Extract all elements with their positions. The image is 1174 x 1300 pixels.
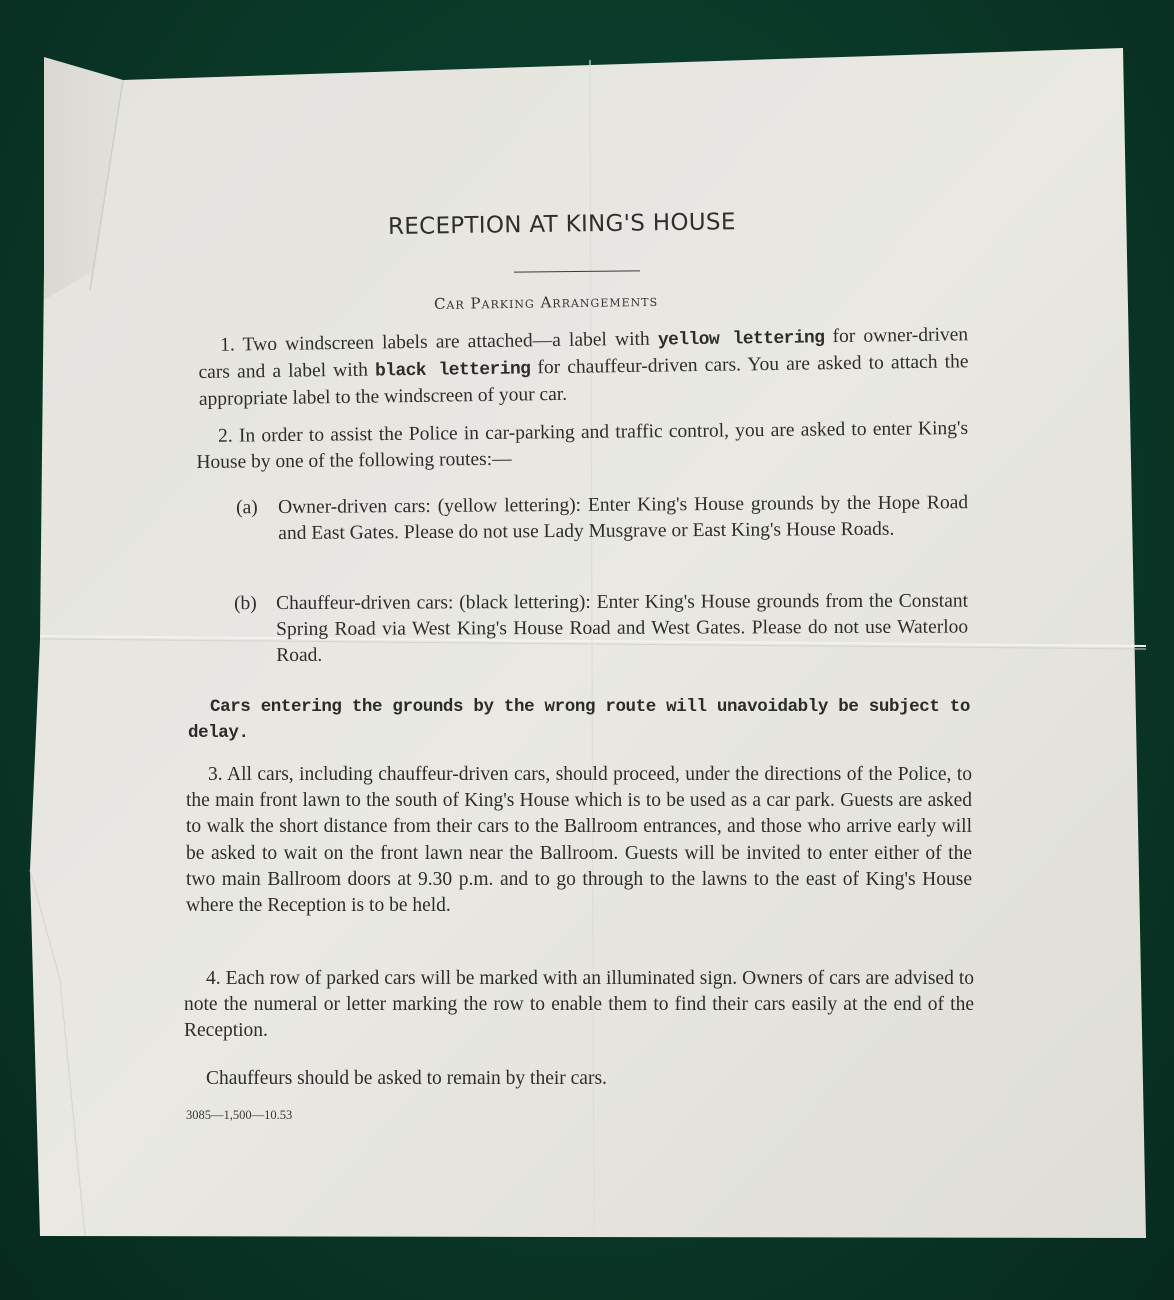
route-b: (b) Chauffeur-driven cars: (black letter… <box>276 589 968 670</box>
paragraph-number: 1. <box>220 334 235 355</box>
paragraph-number: 4. <box>206 968 221 989</box>
bold-yellow-lettering: yellow lettering <box>658 328 825 350</box>
closing-note: Chauffeurs should be asked to remain by … <box>184 1066 974 1092</box>
document-subtitle: Car Parking Arrangements <box>434 291 734 313</box>
route-a: (a) Owner-driven cars: (yellow lettering… <box>278 490 968 547</box>
warning-notice: Cars entering the grounds by the wrong r… <box>188 694 970 746</box>
route-label: (b) <box>234 591 257 617</box>
document-title: RECEPTION AT KING'S HOUSE <box>388 209 778 240</box>
paragraph-4: 4. Each row of parked cars will be marke… <box>184 966 974 1045</box>
print-code: 3085—1,500—10.53 <box>186 1108 292 1123</box>
route-label: (a) <box>236 495 258 521</box>
title-divider <box>514 270 640 272</box>
paragraph-number: 2. <box>218 426 233 447</box>
paragraph-1: 1. Two windscreen labels are attached—a … <box>198 322 969 413</box>
document: RECEPTION AT KING'S HOUSE Car Parking Ar… <box>0 0 1174 1300</box>
paragraph-2: 2. In order to assist the Police in car-… <box>196 416 969 476</box>
paragraph-3: 3. All cars, including chauffeur-driven … <box>186 762 972 919</box>
paragraph-number: 3. <box>208 764 223 785</box>
bold-black-lettering: black lettering <box>375 360 531 382</box>
